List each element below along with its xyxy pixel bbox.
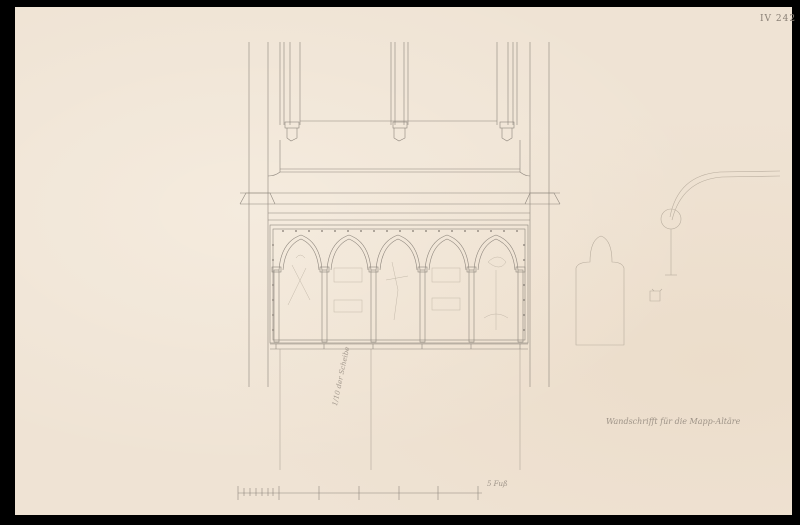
handwritten-title-note: Wandschrifft für die Mapp-Altäre [606,417,740,426]
scale-bar [238,486,482,500]
sheet-number: IV 242 [760,14,796,24]
architectural-elevation-drawing [0,0,800,525]
pencil-sketches [288,255,508,330]
pointed-arches [279,235,518,270]
upper-rib-left [280,42,300,141]
detail-sketches [576,171,780,345]
arcade-columns [274,270,523,342]
scale-unit-label: 5 Fuß [487,480,508,488]
